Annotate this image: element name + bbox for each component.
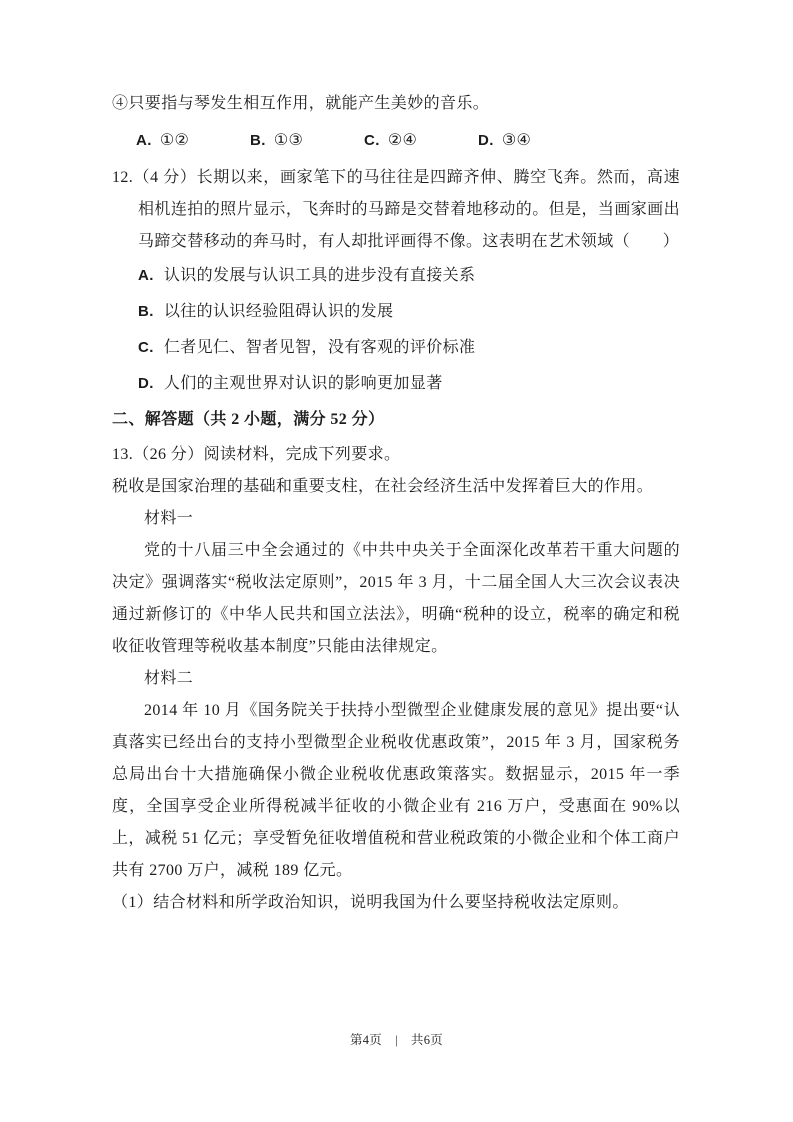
exam-content: ④只要指与琴发生相互作用，就能产生美妙的音乐。 A.①② B.①③ C.②④ D…: [112, 0, 680, 919]
q12-option-c: C.仁者见仁、智者见智，没有客观的评价标准: [138, 332, 680, 364]
page-footer: 第4页|共6页: [0, 1030, 793, 1048]
q11-option-b: B.①③: [250, 125, 364, 157]
section2-heading: 二、解答题（共 2 小题，满分 52 分）: [112, 404, 680, 436]
q12-option-a: A.认识的发展与认识工具的进步没有直接关系: [138, 260, 680, 292]
q11-option-a-value: ①②: [160, 132, 190, 149]
q13-subquestion-1: （1）结合材料和所学政治知识，说明我国为什么要坚持税收法定原则。: [112, 887, 680, 919]
material2-label: 材料二: [112, 663, 680, 695]
q11-option-d-value: ③④: [502, 132, 532, 149]
q11-option-c-label: C.: [364, 132, 380, 149]
q12-option-d: D.人们的主观世界对认识的影响更加显著: [138, 368, 680, 400]
q12-options: A.认识的发展与认识工具的进步没有直接关系 B.以往的认识经验阻碍认识的发展 C…: [112, 260, 680, 400]
q12-option-b-text: 以往的认识经验阻碍认识的发展: [164, 303, 394, 320]
q12-stem: 12.（4 分）长期以来，画家笔下的马往往是四蹄齐伸、腾空飞奔。然而，高速相机连…: [112, 162, 680, 258]
q11-option-b-label: B.: [250, 132, 266, 149]
q11-option-a-label: A.: [136, 132, 152, 149]
q11-option-d: D.③④: [478, 125, 592, 157]
exam-document-page: ④只要指与琴发生相互作用，就能产生美妙的音乐。 A.①② B.①③ C.②④ D…: [0, 0, 793, 1122]
q11-option-c: C.②④: [364, 125, 478, 157]
q12-option-c-label: C.: [138, 339, 154, 356]
q12-option-d-text: 人们的主观世界对认识的影响更加显著: [164, 375, 443, 392]
q12-option-a-label: A.: [138, 267, 154, 284]
q11-option-b-value: ①③: [274, 132, 304, 149]
material1-text: 党的十八届三中全会通过的《中共中央关于全面深化改革若干重大问题的决定》强调落实“…: [112, 535, 680, 663]
q13-header: 13.（26 分）阅读材料，完成下列要求。: [112, 439, 680, 471]
q13-intro: 税收是国家治理的基础和重要支柱，在社会经济生活中发挥着巨大的作用。: [112, 471, 680, 503]
footer-total-pages: 共6页: [411, 1033, 443, 1047]
q11-option-c-value: ②④: [388, 132, 418, 149]
q12-option-a-text: 认识的发展与认识工具的进步没有直接关系: [164, 267, 476, 284]
q12-option-b-label: B.: [138, 303, 154, 320]
q12-option-b: B.以往的认识经验阻碍认识的发展: [138, 296, 680, 328]
material2-text: 2014 年 10 月《国务院关于扶持小型微型企业健康发展的意见》提出要“认真落…: [112, 695, 680, 887]
footer-separator: |: [395, 1033, 398, 1047]
material1-label: 材料一: [112, 503, 680, 535]
q11-statement-4: ④只要指与琴发生相互作用，就能产生美妙的音乐。: [112, 88, 680, 120]
q12-option-c-text: 仁者见仁、智者见智，没有客观的评价标准: [164, 339, 476, 356]
q11-option-d-label: D.: [478, 132, 494, 149]
q12-option-d-label: D.: [138, 375, 154, 392]
footer-page-number: 第4页: [350, 1033, 382, 1047]
q11-option-a: A.①②: [136, 125, 250, 157]
q11-choice-row: A.①② B.①③ C.②④ D.③④: [136, 125, 680, 157]
